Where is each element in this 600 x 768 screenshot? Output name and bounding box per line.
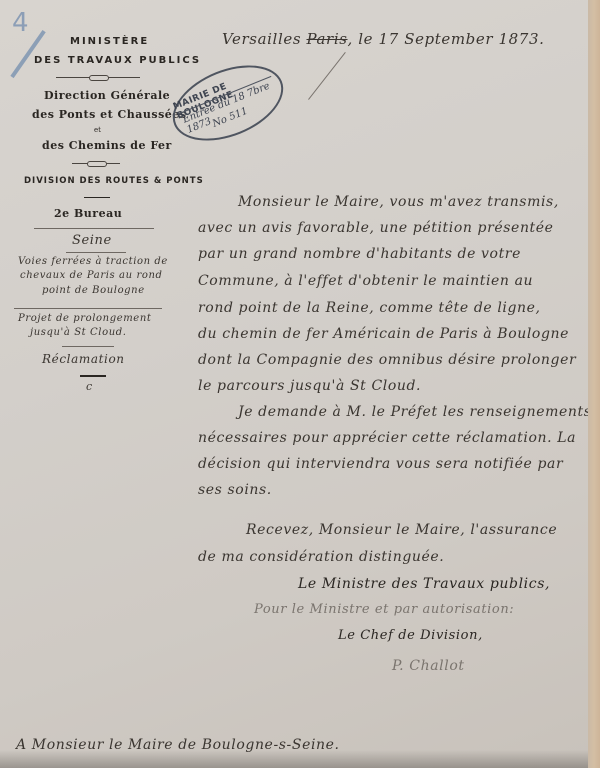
- signature-title2: Pour le Ministre et par autorisation:: [254, 602, 514, 617]
- closing-line1: Recevez, Monsieur le Maire, l'assurance: [246, 522, 557, 538]
- letterhead-ministry-line2: DES TRAVAUX PUBLICS: [34, 55, 201, 66]
- docket-divider: [84, 197, 110, 198]
- signature-title3: Le Chef de Division,: [338, 628, 483, 643]
- docket-rule-2: [66, 252, 126, 253]
- dateline: Versailles Paris, le 17 September 1873.: [222, 30, 544, 48]
- pencil-stroke: [308, 52, 346, 100]
- body-p1-line3: par un grand nombre d'habitants de votre: [198, 246, 521, 262]
- body-p2-line1: Je demande à M. le Préfet les renseignem…: [238, 404, 592, 420]
- letterhead-direction-line2: des Ponts et Chaussées: [32, 108, 187, 121]
- received-stamp: MAIRIE DE BOULOGNE Entrée du 18 7bre 187…: [162, 51, 294, 156]
- docket-project-line1: Projet de prolongement: [18, 313, 151, 324]
- body-p2-line3: décision qui interviendra vous sera noti…: [198, 456, 563, 472]
- body-p1-line6: du chemin de fer Américain de Paris à Bo…: [198, 326, 569, 342]
- letterhead-ornament: [56, 77, 140, 78]
- docket-rule-3: [14, 308, 162, 309]
- dateline-connector: , le: [348, 30, 374, 48]
- docket-subject-line3: point de Boulogne: [42, 285, 145, 296]
- letterhead-direction-line1: Direction Générale: [44, 89, 170, 102]
- body-p2-line2: nécessaires pour apprécier cette réclama…: [198, 430, 576, 446]
- body-p2-line4: ses soins.: [198, 482, 272, 498]
- dateline-struck-place: Paris: [307, 30, 348, 48]
- letter-page: 4 MINISTÈRE DES TRAVAUX PUBLICS Directio…: [0, 0, 588, 768]
- letterhead-ministry-line1: MINISTÈRE: [70, 36, 149, 47]
- body-p1-line8: le parcours jusqu'à St Cloud.: [198, 378, 421, 394]
- letterhead-division: DIVISION DES ROUTES & PONTS: [24, 176, 204, 186]
- dateline-month: September: [404, 30, 493, 48]
- body-p1-line5: rond point de la Reine, comme tête de li…: [198, 300, 541, 316]
- docket-rule-1: [34, 228, 154, 229]
- margin-annotation-mark: 4: [12, 8, 29, 38]
- docket-subject-line1: Voies ferrées à traction de: [18, 256, 168, 267]
- page-edge: [588, 0, 600, 768]
- letterhead-ornament-2: [72, 163, 120, 164]
- dateline-year: 1873.: [499, 30, 545, 48]
- docket-bureau: 2e Bureau: [54, 207, 122, 220]
- docket-rule-4: [62, 346, 114, 347]
- docket-project-line2: jusqu'à St Cloud.: [30, 327, 127, 338]
- letterhead-direction-line3: et: [94, 126, 101, 134]
- closing-line2: de ma considération distinguée.: [198, 549, 444, 565]
- dateline-day: 17: [379, 30, 399, 48]
- signature-name: P. Challot: [392, 658, 465, 674]
- signature-title1: Le Ministre des Travaux publics,: [298, 576, 550, 592]
- body-p1-line2: avec un avis favorable, une pétition pré…: [198, 220, 554, 236]
- docket-rule-5: [80, 375, 106, 377]
- page-bottom-shadow: [0, 750, 588, 768]
- docket-mark: c: [86, 380, 93, 393]
- body-p1-line1: Monsieur le Maire, vous m'avez transmis,: [238, 194, 559, 210]
- letterhead-direction-line4: des Chemins de Fer: [42, 139, 172, 152]
- docket-category: Réclamation: [42, 352, 125, 366]
- docket-department: Seine: [72, 233, 112, 248]
- body-p1-line7: dont la Compagnie des omnibus désire pro…: [198, 352, 576, 368]
- dateline-place: Versailles: [222, 30, 301, 48]
- body-p1-line4: Commune, à l'effet d'obtenir le maintien…: [198, 273, 533, 289]
- docket-subject-line2: chevaux de Paris au rond: [20, 270, 162, 281]
